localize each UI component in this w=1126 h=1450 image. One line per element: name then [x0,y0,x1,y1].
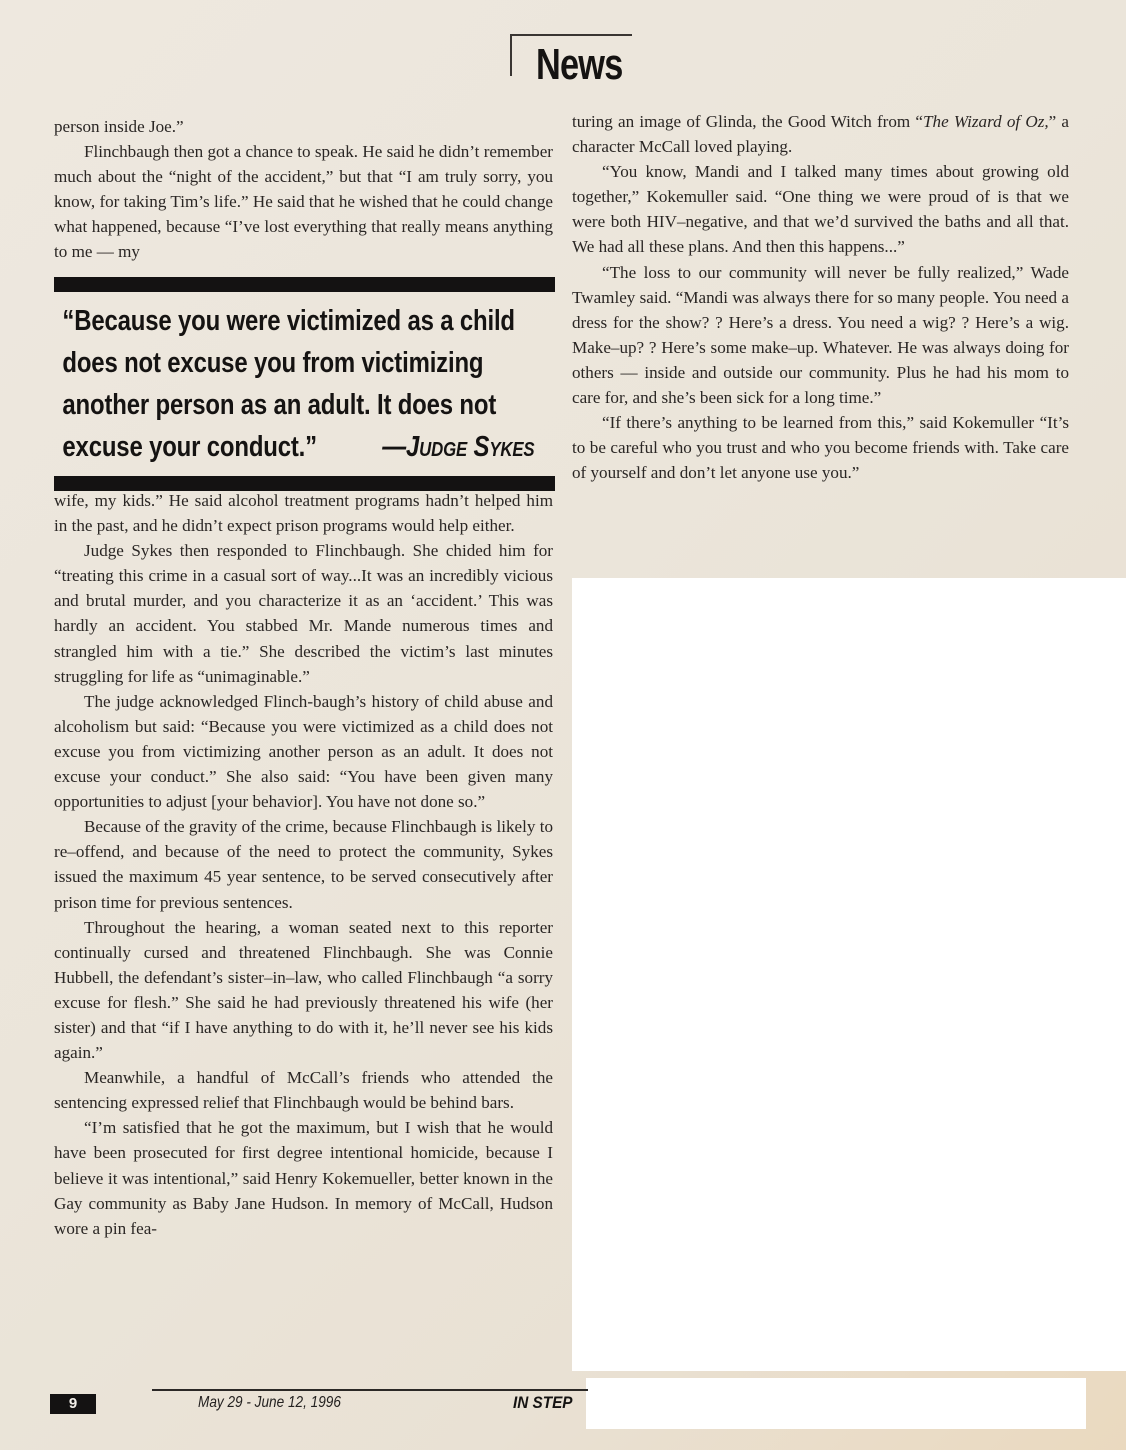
paragraph: “I’m satisfied that he got the maximum, … [54,1115,553,1240]
paragraph: Flinchbaugh then got a chance to speak. … [54,139,553,264]
paragraph: “If there’s anything to be learned from … [572,410,1069,485]
paragraph: turing an image of Glinda, the Good Witc… [572,109,1069,159]
issue-date: May 29 - June 12, 1996 [198,1394,341,1412]
paragraph: wife, my kids.” He said alcohol treatmen… [54,488,553,538]
paragraph: Throughout the hearing, a woman seated n… [54,915,553,1066]
paragraph: The judge acknowledged Flinch-baugh’s hi… [54,689,553,814]
blank-footer-redaction [586,1378,1086,1429]
left-column-bottom: wife, my kids.” He said alcohol treatmen… [54,488,553,1241]
paragraph: person inside Joe.” [54,114,553,139]
paragraph: “The loss to our community will never be… [572,260,1069,411]
right-column: turing an image of Glinda, the Good Witc… [572,109,1069,485]
pull-quote-top-rule [54,277,555,292]
paragraph: “You know, Mandi and I talked many times… [572,159,1069,259]
pull-quote-text-block: “Because you were victimized as a child … [54,292,558,476]
footer-rule [152,1389,588,1391]
paragraph: Because of the gravity of the crime, bec… [54,814,553,914]
left-column-top: person inside Joe.” Flinchbaugh then got… [54,114,553,265]
pull-quote: “Because you were victimized as a child … [54,277,555,491]
film-title: The Wizard of Oz, [923,112,1049,131]
paragraph: Judge Sykes then responded to Flinchbaug… [54,538,553,689]
publication-name: IN STEP [513,1393,573,1413]
section-title: News [536,40,623,90]
pull-quote-attribution: —Judge Sykes [382,431,534,463]
blank-redaction-area [572,578,1126,1371]
paragraph: Meanwhile, a handful of McCall’s friends… [54,1065,553,1115]
page-number: 9 [50,1394,96,1414]
text-run: turing an image of Glinda, the Good Witc… [572,112,923,131]
